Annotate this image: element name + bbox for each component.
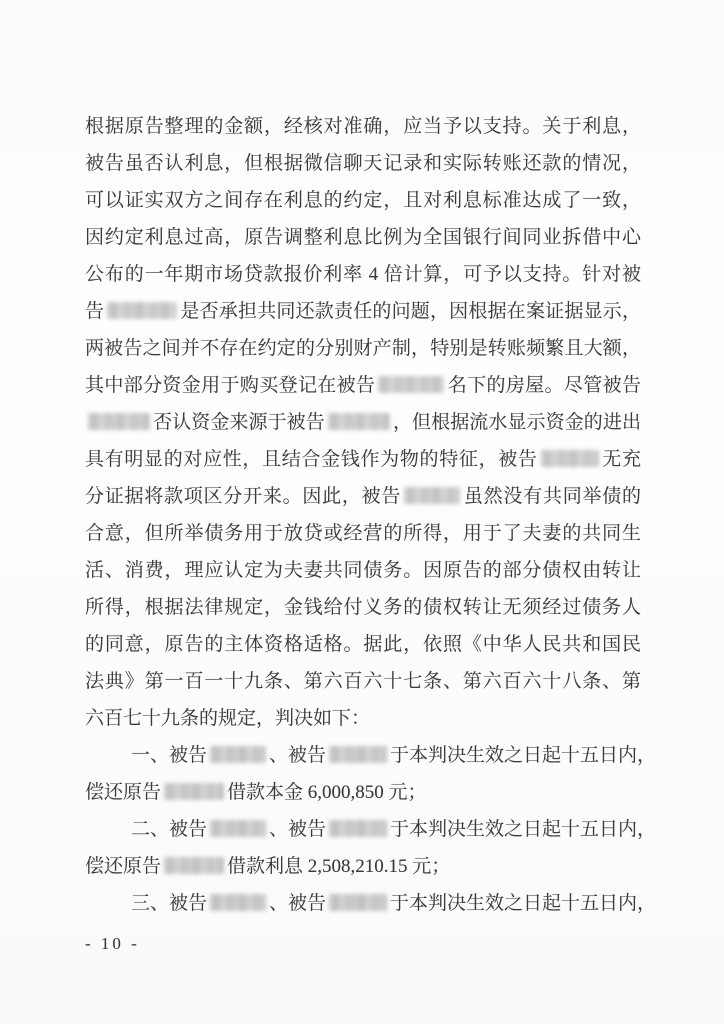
text-segment: 告 — [85, 301, 104, 322]
text-line: 偿还原告借款本金 6,000,850 元； — [85, 774, 641, 811]
redacted-name — [88, 413, 150, 430]
redacted-name — [378, 376, 444, 393]
text-segment: 因约定利息过高，原告调整利息比例为全国银行间同业拆借中心 — [85, 227, 641, 248]
redacted-name — [164, 857, 224, 874]
redacted-name — [329, 894, 387, 911]
text-line: 告是否承担共同还款责任的问题，因根据在案证据显示， — [85, 293, 641, 330]
text-line: 因约定利息过高，原告调整利息比例为全国银行间同业拆借中心 — [85, 219, 641, 256]
redacted-name — [107, 302, 177, 319]
text-segment: 、被告 — [269, 819, 326, 840]
text-segment: 两被告之间并不存在约定的分别财产制，特别是转账频繁且大额， — [85, 338, 641, 359]
redacted-name — [329, 820, 387, 837]
redacted-name — [164, 783, 224, 800]
text-segment: 一、被告 — [131, 745, 207, 766]
text-line: 根据原告整理的金额，经核对准确，应当予以支持。关于利息， — [85, 108, 641, 145]
text-line: 活、消费，理应认定为夫妻共同债务。因原告的部分债权由转让 — [85, 552, 641, 589]
redacted-name — [541, 450, 599, 467]
text-segment: 公布的一年期市场贷款报价利率 4 倍计算，可予以支持。针对被 — [85, 264, 641, 285]
text-line: 被告虽否认利息，但根据微信聊天记录和实际转账还款的情况， — [85, 145, 641, 182]
text-segment: 于本判决生效之日起十五日内， — [390, 745, 656, 766]
text-segment: 是否承担共同还款责任的问题，因根据在案证据显示， — [180, 301, 641, 322]
text-segment: 偿还原告 — [85, 856, 161, 877]
text-line: 所得，根据法律规定，金钱给付义务的债权转让无须经过债务人 — [85, 589, 641, 626]
text-segment: 于本判决生效之日起十五日内， — [390, 893, 656, 914]
text-line: 的同意，原告的主体资格适格。据此，依照《中华人民共和国民 — [85, 626, 641, 663]
text-segment: 六百七十九条的规定，判决如下： — [85, 708, 370, 729]
text-segment: 三、被告 — [131, 893, 207, 914]
text-segment: 偿还原告 — [85, 782, 161, 803]
redacted-name — [210, 820, 266, 837]
redacted-name — [404, 487, 460, 504]
judgment-text-block: 根据原告整理的金额，经核对准确，应当予以支持。关于利息，被告虽否认利息，但根据微… — [85, 108, 641, 922]
text-segment: 否认资金来源于被告 — [153, 412, 325, 433]
text-segment: 合意，但所举债务用于放贷或经营的所得，用于了夫妻的共同生 — [85, 523, 641, 544]
redacted-name — [210, 894, 266, 911]
redacted-name — [329, 746, 387, 763]
text-segment: ，但根据流水显示资金的进出 — [393, 412, 641, 433]
text-line: 合意，但所举债务用于放贷或经营的所得，用于了夫妻的共同生 — [85, 515, 641, 552]
text-segment: 二、被告 — [131, 819, 207, 840]
text-segment: 法典》第一百一十九条、第六百六十七条、第六百六十八条、第 — [85, 671, 641, 692]
text-line: 具有明显的对应性，且结合金钱作为物的特征，被告无充 — [85, 441, 641, 478]
text-segment: 名下的房屋。尽管被告 — [447, 375, 641, 396]
text-segment: 所得，根据法律规定，金钱给付义务的债权转让无须经过债务人 — [85, 597, 641, 618]
text-segment: 可以证实双方之间存在利息的约定，且对利息标准达成了一致， — [85, 190, 641, 211]
text-segment: 、被告 — [269, 745, 326, 766]
text-line: 法典》第一百一十九条、第六百六十七条、第六百六十八条、第 — [85, 663, 641, 700]
text-segment: 于本判决生效之日起十五日内， — [390, 819, 656, 840]
text-segment: 活、消费，理应认定为夫妻共同债务。因原告的部分债权由转让 — [85, 560, 641, 581]
redacted-name — [210, 746, 266, 763]
text-line: 否认资金来源于被告，但根据流水显示资金的进出 — [85, 404, 641, 441]
text-line: 其中部分资金用于购买登记在被告名下的房屋。尽管被告 — [85, 367, 641, 404]
text-segment: 虽然没有共同举债的 — [463, 486, 641, 507]
text-line: 两被告之间并不存在约定的分别财产制，特别是转账频繁且大额， — [85, 330, 641, 367]
text-line: 二、被告、被告于本判决生效之日起十五日内， — [85, 811, 641, 848]
text-segment: 借款利息 2,508,210.15 元； — [227, 856, 450, 877]
text-line: 三、被告、被告于本判决生效之日起十五日内， — [85, 885, 641, 922]
text-line: 六百七十九条的规定，判决如下： — [85, 700, 641, 737]
text-segment: 根据原告整理的金额，经核对准确，应当予以支持。关于利息， — [85, 116, 641, 137]
text-line: 公布的一年期市场贷款报价利率 4 倍计算，可予以支持。针对被 — [85, 256, 641, 293]
text-segment: 无充 — [602, 449, 641, 470]
text-segment: 、被告 — [269, 893, 326, 914]
text-segment: 具有明显的对应性，且结合金钱作为物的特征，被告 — [85, 449, 538, 470]
text-line: 一、被告、被告于本判决生效之日起十五日内， — [85, 737, 641, 774]
text-segment: 被告虽否认利息，但根据微信聊天记录和实际转账还款的情况， — [85, 153, 641, 174]
text-line: 偿还原告借款利息 2,508,210.15 元； — [85, 848, 641, 885]
text-segment: 借款本金 6,000,850 元； — [227, 782, 427, 803]
judgment-document-page: 根据原告整理的金额，经核对准确，应当予以支持。关于利息，被告虽否认利息，但根据微… — [0, 0, 724, 1024]
text-segment: 的同意，原告的主体资格适格。据此，依照《中华人民共和国民 — [85, 634, 641, 655]
text-segment: 分证据将款项区分开来。因此，被告 — [85, 486, 401, 507]
page-number: - 10 - — [85, 934, 140, 954]
text-line: 分证据将款项区分开来。因此，被告虽然没有共同举债的 — [85, 478, 641, 515]
redacted-name — [328, 413, 390, 430]
text-segment: 其中部分资金用于购买登记在被告 — [85, 375, 375, 396]
text-line: 可以证实双方之间存在利息的约定，且对利息标准达成了一致， — [85, 182, 641, 219]
